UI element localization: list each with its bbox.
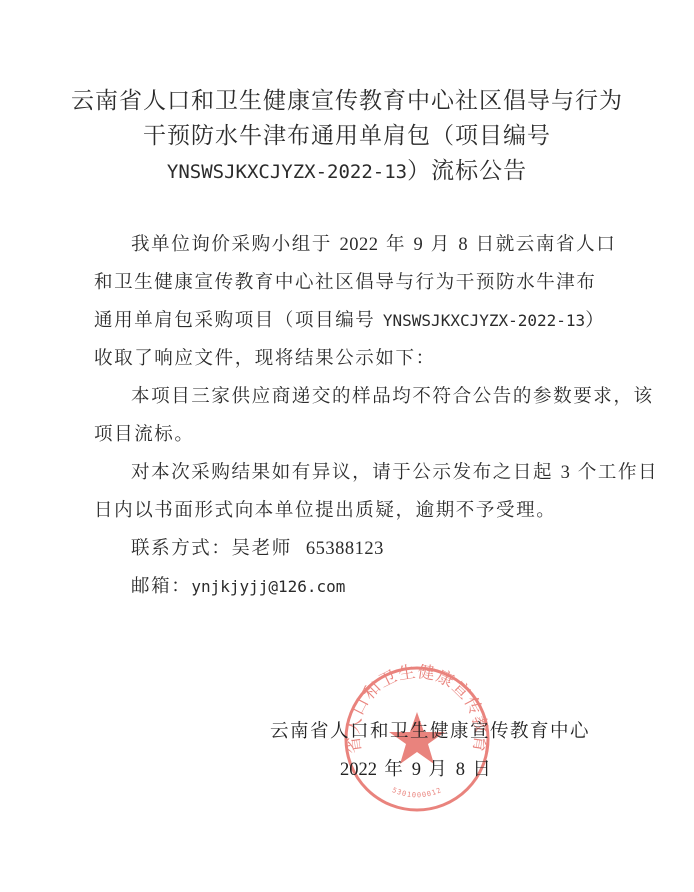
text: ）: [585, 310, 605, 331]
paragraph-1-line-4: 收取了响应文件，现将结果公示如下：: [94, 346, 614, 372]
signature-date: 2022 年 9 月 8 日: [340, 757, 492, 783]
paragraph-1-line-2: 和卫生健康宣传教育中心社区倡导与行为干预防水牛津布: [94, 270, 614, 296]
paragraph-1-line-1: 我单位询价采购小组于 2022 年 9 月 8 日就云南省人口: [131, 232, 651, 258]
paragraph-3-line-1: 对本次采购结果如有异议，请于公示发布之日起 3 个工作日: [131, 460, 651, 486]
email-line: 邮箱：ynjkjyjj@126.com: [131, 574, 651, 600]
document-title-line-3: YNSWSJKXCJYZX-2022-13）流标公告: [0, 156, 694, 187]
text: 对本次采购结果如有异议，请于公示发布之日起: [131, 462, 561, 483]
text: 年: [377, 759, 412, 780]
text: 我单位询价采购小组于: [131, 234, 339, 255]
text: 月: [423, 234, 458, 255]
paragraph-2-line-1: 本项目三家供应商递交的样品均不符合公告的参数要求，该: [131, 384, 651, 410]
document-page: 云南省人口和卫生健康宣传教育中心社区倡导与行为 干预防水牛津布通用单肩包（项目编…: [0, 0, 694, 892]
month: 9: [414, 235, 424, 255]
text: 月: [421, 759, 456, 780]
day: 8: [458, 235, 468, 255]
title-suffix: ）流标公告: [407, 158, 527, 184]
contact-label: 联系方式：吴老师: [131, 538, 292, 559]
paragraph-3-line-2: 日内以书面形式向本单位提出质疑，逾期不予受理。: [94, 498, 614, 524]
paragraph-2-line-2: 项目流标。: [94, 422, 614, 448]
contact-line: 联系方式：吴老师65388123: [131, 536, 651, 562]
working-days: 3: [561, 463, 571, 483]
paragraph-1-line-3: 通用单肩包采购项目（项目编号 YNSWSJKXCJYZX-2022-13）: [94, 308, 614, 334]
signature-organization: 云南省人口和卫生健康宣传教育中心: [270, 719, 590, 745]
month: 9: [412, 760, 421, 780]
year: 2022: [339, 235, 378, 255]
project-code: YNSWSJKXCJYZX-2022-13: [167, 161, 407, 183]
day: 8: [456, 760, 465, 780]
text: 年: [378, 234, 413, 255]
contact-phone: 65388123: [306, 539, 384, 559]
document-title-line-1: 云南省人口和卫生健康宣传教育中心社区倡导与行为: [0, 86, 694, 116]
document-title-line-2: 干预防水牛津布通用单肩包（项目编号: [0, 121, 694, 151]
text: 日: [465, 759, 492, 780]
email-label: 邮箱：: [131, 576, 191, 597]
text: 个工作日: [570, 462, 658, 483]
email-value: ynjkjyjj@126.com: [191, 577, 345, 596]
project-code: YNSWSJKXCJYZX-2022-13: [383, 311, 585, 330]
year: 2022: [340, 760, 377, 780]
text: 日就云南省人口: [468, 234, 616, 255]
svg-text:5301000012: 5301000012: [391, 786, 443, 799]
text: 通用单肩包采购项目（项目编号: [94, 310, 383, 331]
